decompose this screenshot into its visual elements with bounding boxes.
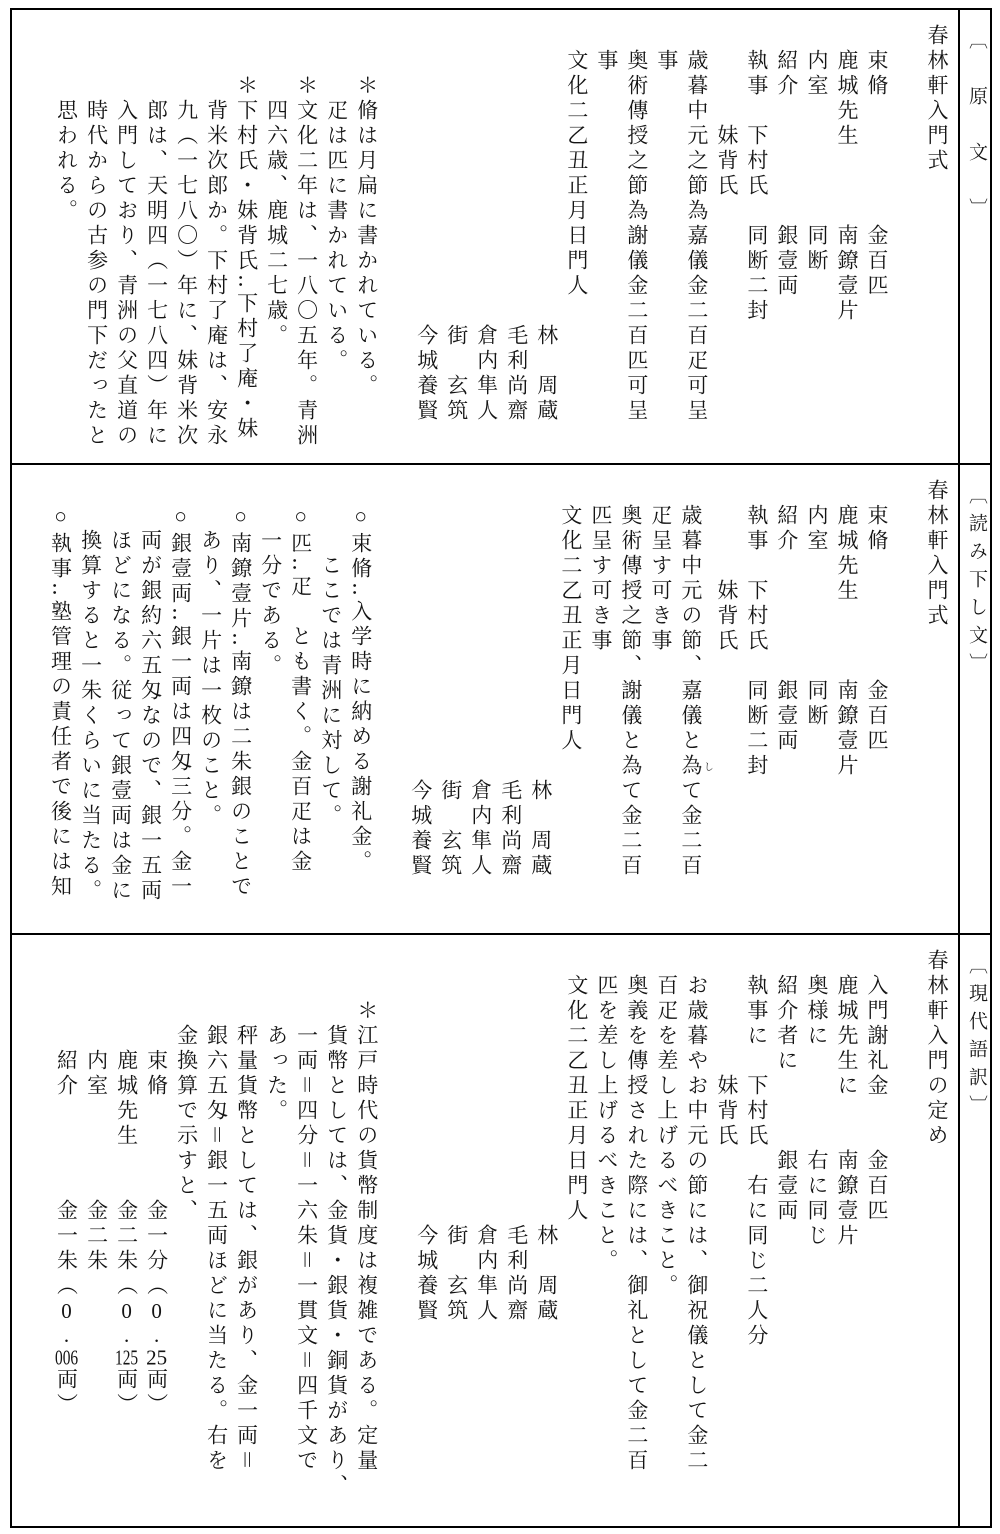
text-line: 春林軒入門の定め <box>922 949 952 1520</box>
text-line: 紹介 銀壹両 <box>772 24 802 457</box>
text-line: 妹背氏 <box>712 24 742 457</box>
text-line <box>892 949 922 1520</box>
text-line: 両が銀約六五匁なので、銀一五両 <box>136 479 166 927</box>
section-genbun-body: 春林軒入門式 束脩 金百匹 鹿城先生 南鐐壹片 内室 同断 紹介 銀壹両 執事 … <box>12 10 958 463</box>
text-line: 毛利尚齋 <box>502 949 532 1520</box>
text-line <box>892 479 922 927</box>
text-line: 奥術傳授之節為謝儀金二百匹可呈 <box>622 24 652 457</box>
text-line: 執事 下村氏 同断二封 <box>742 479 772 927</box>
text-line: 思われる。 <box>52 24 82 457</box>
text-line: 春林軒入門式 <box>922 24 952 457</box>
text-line: 四六歳、鹿城二七歳。 <box>262 24 292 457</box>
text-line: 春林軒入門式 <box>922 479 952 927</box>
text-line: 匹を差し上げるべきこと。 <box>592 949 622 1520</box>
text-line: 街 玄筑 <box>436 479 466 927</box>
text-line: ○執事‥塾管理の責任者で後には知 <box>46 479 76 927</box>
text-line: 入門謝礼金 金百匹 <box>862 949 892 1520</box>
text-line: 文化二乙丑正月日門人 <box>556 479 586 927</box>
text-line: 紹介者に 銀壹両 <box>772 949 802 1520</box>
text-line: 換算すると一朱くらいに当たる。 <box>76 479 106 927</box>
text-line: 文化二乙丑正月日門人 <box>562 949 592 1520</box>
text-line: 毛利尚齋 <box>496 479 526 927</box>
text-line: 倉内隼人 <box>466 479 496 927</box>
text-line: 街 玄筑 <box>442 24 472 457</box>
text-line <box>382 24 412 457</box>
section-gendaigoyaku-body: 春林軒入門の定め 入門謝礼金 金百匹 鹿城先生に 南鐐壹片 奥様に 右に同じ 紹… <box>12 935 958 1526</box>
text-line: 束脩 金百匹 <box>862 24 892 457</box>
text-line: 紹介 銀壹両 <box>772 479 802 927</box>
text-line: 林 周蔵 <box>526 479 556 927</box>
text-line: 内室 同断 <box>802 479 832 927</box>
text-line: 貨幣としては、金貨・銀貨・銅貨があり、 <box>322 949 352 1520</box>
text-line: 一両＝四分＝一六朱＝一貫文＝四千文で <box>292 949 322 1520</box>
text-line <box>382 949 412 1520</box>
text-line: 疋は匹に書かれている。 <box>322 24 352 457</box>
text-line: 束脩 金一分（0.25両） <box>142 949 172 1520</box>
text-line: あった。 <box>262 949 292 1520</box>
text-line: ほどになる。従って銀壹両は金に <box>106 479 136 927</box>
text-line: ＊文化二年は、一八〇五年。青洲 <box>292 24 322 457</box>
text-line: 林 周蔵 <box>532 24 562 457</box>
text-line: 今城養賢 <box>406 479 436 927</box>
text-line: ＊下村氏・妹背氏‥下村了庵・妹 <box>232 24 262 457</box>
section-yomikudashi-label: 〔読み下し文〕 <box>958 465 990 933</box>
section-genbun-label: 〔 原 文 〕 <box>958 10 990 463</box>
text-line: 今城養賢 <box>412 949 442 1520</box>
text-line: 街 玄筑 <box>442 949 472 1520</box>
text-line: 時代からの古参の門下だったと <box>82 24 112 457</box>
text-line: 紹介 金一朱（0.006両） <box>52 949 82 1520</box>
text-line: 執事に 下村氏 右に同じ二人分 <box>742 949 772 1520</box>
text-line: 金換算で示すと、 <box>172 949 202 1520</box>
text-line: 鹿城先生 南鐐壹片 <box>832 24 862 457</box>
section-yomikudashi: 春林軒入門式 束脩 金百匹 鹿城先生 南鐐壹片 内室 同断 紹介 銀壹両 執事 … <box>12 463 990 933</box>
text-line: 一分である。 <box>256 479 286 927</box>
text-line: ここでは青洲に対して。 <box>316 479 346 927</box>
text-line: 疋呈す可き事 <box>646 479 676 927</box>
text-line: 百疋を差し上げるべきこと。 <box>652 949 682 1520</box>
text-line: 奥様に 右に同じ <box>802 949 832 1520</box>
text-line: 歳暮中元之節為嘉儀金二百疋可呈 <box>682 24 712 457</box>
text-line: 匹呈す可き事 <box>586 479 616 927</box>
text-line: 鹿城先生 南鐐壹片 <box>832 479 862 927</box>
text-line: 妹背氏 <box>712 479 742 927</box>
text-line: 倉内隼人 <box>472 24 502 457</box>
text-line: 入門しており、青洲の父直道の <box>112 24 142 457</box>
text-line: ＊江戸時代の貨幣制度は複雑である。定量 <box>352 949 382 1520</box>
text-line: ○匹‥疋 とも書く。金百疋は金 <box>286 479 316 927</box>
document-sheet: 春林軒入門式 束脩 金百匹 鹿城先生 南鐐壹片 内室 同断 紹介 銀壹両 執事 … <box>10 8 992 1528</box>
text-line: お歳暮やお中元の節には、御祝儀として金二 <box>682 949 712 1520</box>
text-line: 奥義を傳授された際には、御礼として金二百 <box>622 949 652 1520</box>
text-line: ○南鐐壹片‥南鐐は二朱銀のことで <box>226 479 256 927</box>
text-line: 束脩 金百匹 <box>862 479 892 927</box>
section-genbun: 春林軒入門式 束脩 金百匹 鹿城先生 南鐐壹片 内室 同断 紹介 銀壹両 執事 … <box>12 10 990 463</box>
text-line: 文化二乙丑正月日門人 <box>562 24 592 457</box>
text-line: ○束脩‥入学時に納める謝礼金。 <box>346 479 376 927</box>
text-line: 郎は、天明四（一七八四）年に <box>142 24 172 457</box>
text-line: 背米次郎か。下村了庵は、安永 <box>202 24 232 457</box>
text-line: ＊脩は月扁に書かれている。 <box>352 24 382 457</box>
text-line: 毛利尚齋 <box>502 24 532 457</box>
text-line: 銀六五匁＝銀一五両ほどに当たる。右を <box>202 949 232 1520</box>
text-line: 内室 同断 <box>802 24 832 457</box>
text-line <box>892 24 922 457</box>
text-line: 事 <box>652 24 682 457</box>
text-line: 妹背氏 <box>712 949 742 1520</box>
section-gendaigoyaku-label: 〔現代語訳〕 <box>958 935 990 1526</box>
text-line: 今城養賢 <box>412 24 442 457</box>
text-line <box>376 479 406 927</box>
text-line: 歳暮中元の節、嘉儀と為して金二百 <box>676 479 712 927</box>
text-line: 秤量貨幣としては、銀があり、金一両＝ <box>232 949 262 1520</box>
text-line: 鹿城先生 金二朱（0.125両） <box>112 949 142 1520</box>
text-line: 九（一七八〇）年に、妹背米次 <box>172 24 202 457</box>
text-line: ○銀壹両‥銀一両は四匁三分。金一 <box>166 479 196 927</box>
text-line: 内室 金二朱 <box>82 949 112 1520</box>
text-line: 林 周蔵 <box>532 949 562 1520</box>
text-line: 事 <box>592 24 622 457</box>
text-line: 執事 下村氏 同断二封 <box>742 24 772 457</box>
section-yomikudashi-body: 春林軒入門式 束脩 金百匹 鹿城先生 南鐐壹片 内室 同断 紹介 銀壹両 執事 … <box>12 465 958 933</box>
text-line: 鹿城先生に 南鐐壹片 <box>832 949 862 1520</box>
text-line: 倉内隼人 <box>472 949 502 1520</box>
section-gendaigoyaku: 春林軒入門の定め 入門謝礼金 金百匹 鹿城先生に 南鐐壹片 奥様に 右に同じ 紹… <box>12 933 990 1526</box>
text-line: あり、一片は一枚のこと。 <box>196 479 226 927</box>
text-line: 奥術傳授之節、謝儀と為て金二百 <box>616 479 646 927</box>
